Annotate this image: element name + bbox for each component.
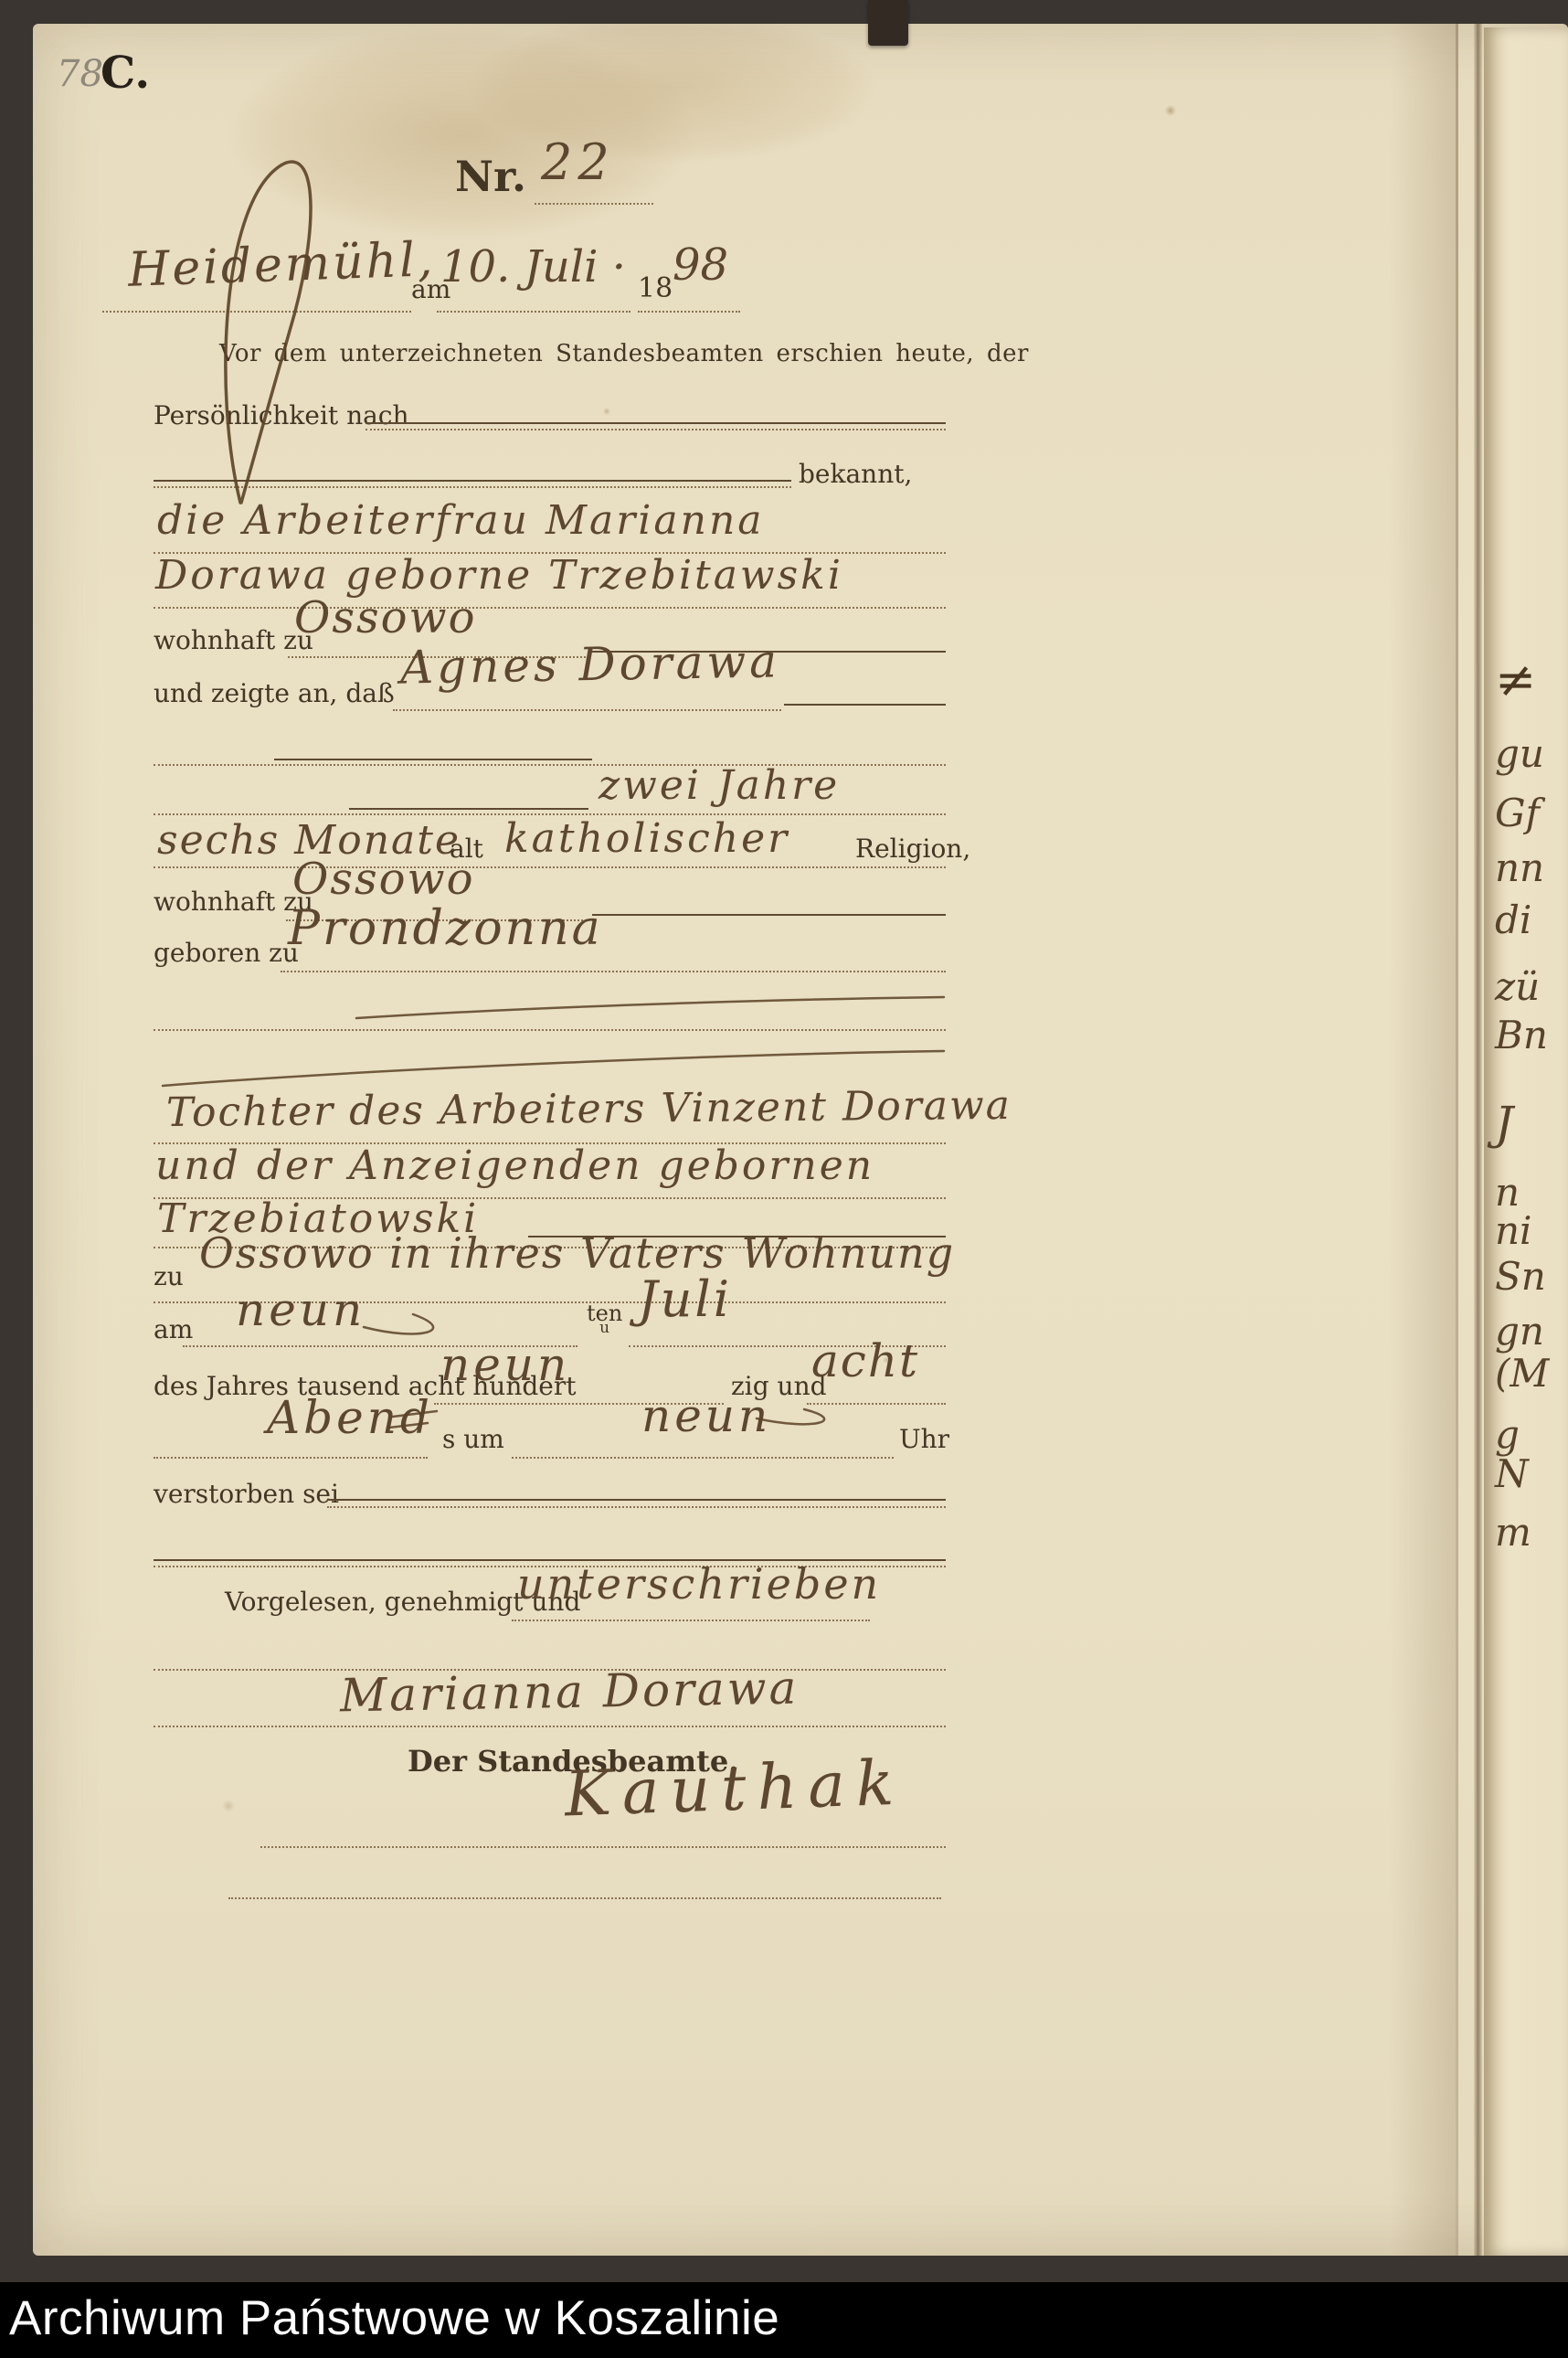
uhr-label: Uhr bbox=[899, 1424, 949, 1454]
margin-fragment: J bbox=[1495, 1097, 1513, 1150]
form-rule bbox=[260, 1846, 946, 1848]
margin-fragment: ni bbox=[1495, 1208, 1531, 1253]
signature-declarant: Marianna Dorawa bbox=[340, 1662, 800, 1723]
margin-fragment: gu bbox=[1495, 731, 1544, 776]
death-hour: neun bbox=[641, 1389, 771, 1442]
parents-line2: und der Anzeigenden gebornen bbox=[155, 1142, 874, 1189]
intro-line: Vor dem unterzeichneten Standesbeamten e… bbox=[219, 340, 1029, 367]
form-rule bbox=[327, 1506, 946, 1508]
form-rule bbox=[154, 607, 946, 609]
form-rule bbox=[592, 914, 946, 916]
form-rule bbox=[366, 422, 946, 430]
margin-fragment: m bbox=[1495, 1510, 1531, 1555]
binding-stub bbox=[868, 0, 908, 46]
death-month: Juli bbox=[638, 1270, 732, 1328]
form-rule bbox=[327, 1499, 946, 1501]
residence-2: Ossowo bbox=[292, 854, 475, 905]
year-ones: acht bbox=[811, 1334, 919, 1387]
year-printed: 18 bbox=[638, 272, 673, 304]
margin-fragment: Gf bbox=[1495, 791, 1540, 835]
wohnhaft-label-1: wohnhaft zu bbox=[154, 625, 313, 655]
form-rule bbox=[102, 311, 411, 313]
page-crease bbox=[1456, 24, 1458, 2256]
death-day: neun bbox=[236, 1283, 366, 1336]
form-rule bbox=[512, 1620, 870, 1621]
form-rule bbox=[638, 311, 740, 313]
margin-fragment: N bbox=[1495, 1451, 1529, 1496]
verstorben-label: verstorben sei bbox=[154, 1479, 339, 1509]
closing-written: unterschrieben bbox=[517, 1559, 881, 1609]
religion-value: katholischer bbox=[504, 815, 789, 862]
declarant-line2: Dorawa geborne Trzebitawski bbox=[155, 552, 843, 599]
death-place: Ossowo in ihres Vaters Wohnung bbox=[199, 1228, 955, 1278]
year-tens: neun bbox=[440, 1338, 570, 1391]
margin-mark: ≠ bbox=[1495, 651, 1536, 708]
parents-line1: Tochter des Arbeiters Vinzent Dorawa bbox=[166, 1082, 1012, 1136]
page-fold-shading bbox=[1389, 24, 1456, 2256]
age-years: zwei Jahre bbox=[599, 762, 840, 809]
residence-1: Ossowo bbox=[294, 592, 477, 643]
form-rule bbox=[437, 311, 630, 313]
zu-label: zu bbox=[154, 1261, 184, 1291]
declarant-line1: die Arbeiterfrau Marianna bbox=[157, 497, 765, 544]
zeigte-label: und zeigte an, daß bbox=[154, 678, 395, 708]
daytime: Abend bbox=[267, 1391, 433, 1444]
form-rule bbox=[154, 1726, 946, 1727]
s-um-label: s um bbox=[442, 1424, 504, 1454]
page-crease bbox=[1474, 24, 1482, 2256]
year-written: 98 bbox=[673, 239, 728, 291]
form-rule bbox=[807, 1403, 946, 1405]
margin-fragment: Sn bbox=[1495, 1254, 1546, 1299]
archive-scan-viewer: 78 C. Nr. 22 Heidemühl, am 10. Juli · 18… bbox=[0, 0, 1568, 2358]
form-rule bbox=[154, 866, 946, 868]
margin-fragment: nn bbox=[1495, 845, 1544, 890]
am-label-2: am bbox=[154, 1314, 193, 1344]
margin-fragment: (M bbox=[1495, 1351, 1549, 1396]
registry-place: Heidemühl, bbox=[127, 232, 436, 298]
margin-fragment: di bbox=[1495, 898, 1531, 942]
form-rule bbox=[274, 759, 592, 760]
nr-label: Nr. bbox=[455, 152, 526, 201]
archive-caption-bar: Archiwum Państwowe w Koszalinie bbox=[0, 2282, 1568, 2358]
margin-fragment: zü bbox=[1495, 964, 1540, 1009]
form-rule bbox=[349, 808, 588, 810]
ten-suffix: tenu bbox=[587, 1305, 622, 1335]
deceased-name: Agnes Dorawa bbox=[400, 634, 781, 694]
form-rule bbox=[393, 709, 781, 711]
margin-fragment: g bbox=[1495, 1412, 1520, 1457]
margin-fragment: gn bbox=[1495, 1309, 1544, 1354]
record-date: 10. Juli · bbox=[440, 241, 626, 292]
form-rule bbox=[535, 203, 653, 205]
form-rule bbox=[512, 1457, 894, 1459]
form-rule bbox=[154, 1029, 946, 1031]
form-rule bbox=[154, 1457, 428, 1459]
form-rule bbox=[784, 704, 946, 706]
bekannt-label: bekannt, bbox=[799, 459, 912, 489]
religion-label: Religion, bbox=[855, 834, 970, 864]
birthplace: Prondzonna bbox=[288, 901, 603, 956]
form-rule bbox=[281, 971, 946, 972]
form-rule bbox=[228, 1897, 941, 1899]
record-number: 22 bbox=[541, 133, 615, 191]
margin-fragment: Bn bbox=[1495, 1013, 1548, 1057]
form-rule bbox=[154, 480, 791, 488]
archive-caption: Archiwum Państwowe w Koszalinie bbox=[9, 2282, 779, 2355]
section-letter: C. bbox=[101, 48, 150, 99]
signature-registrar: Kauthak bbox=[564, 1747, 906, 1832]
pencil-page-number: 78 bbox=[57, 53, 103, 95]
geboren-label: geboren zu bbox=[154, 938, 299, 968]
